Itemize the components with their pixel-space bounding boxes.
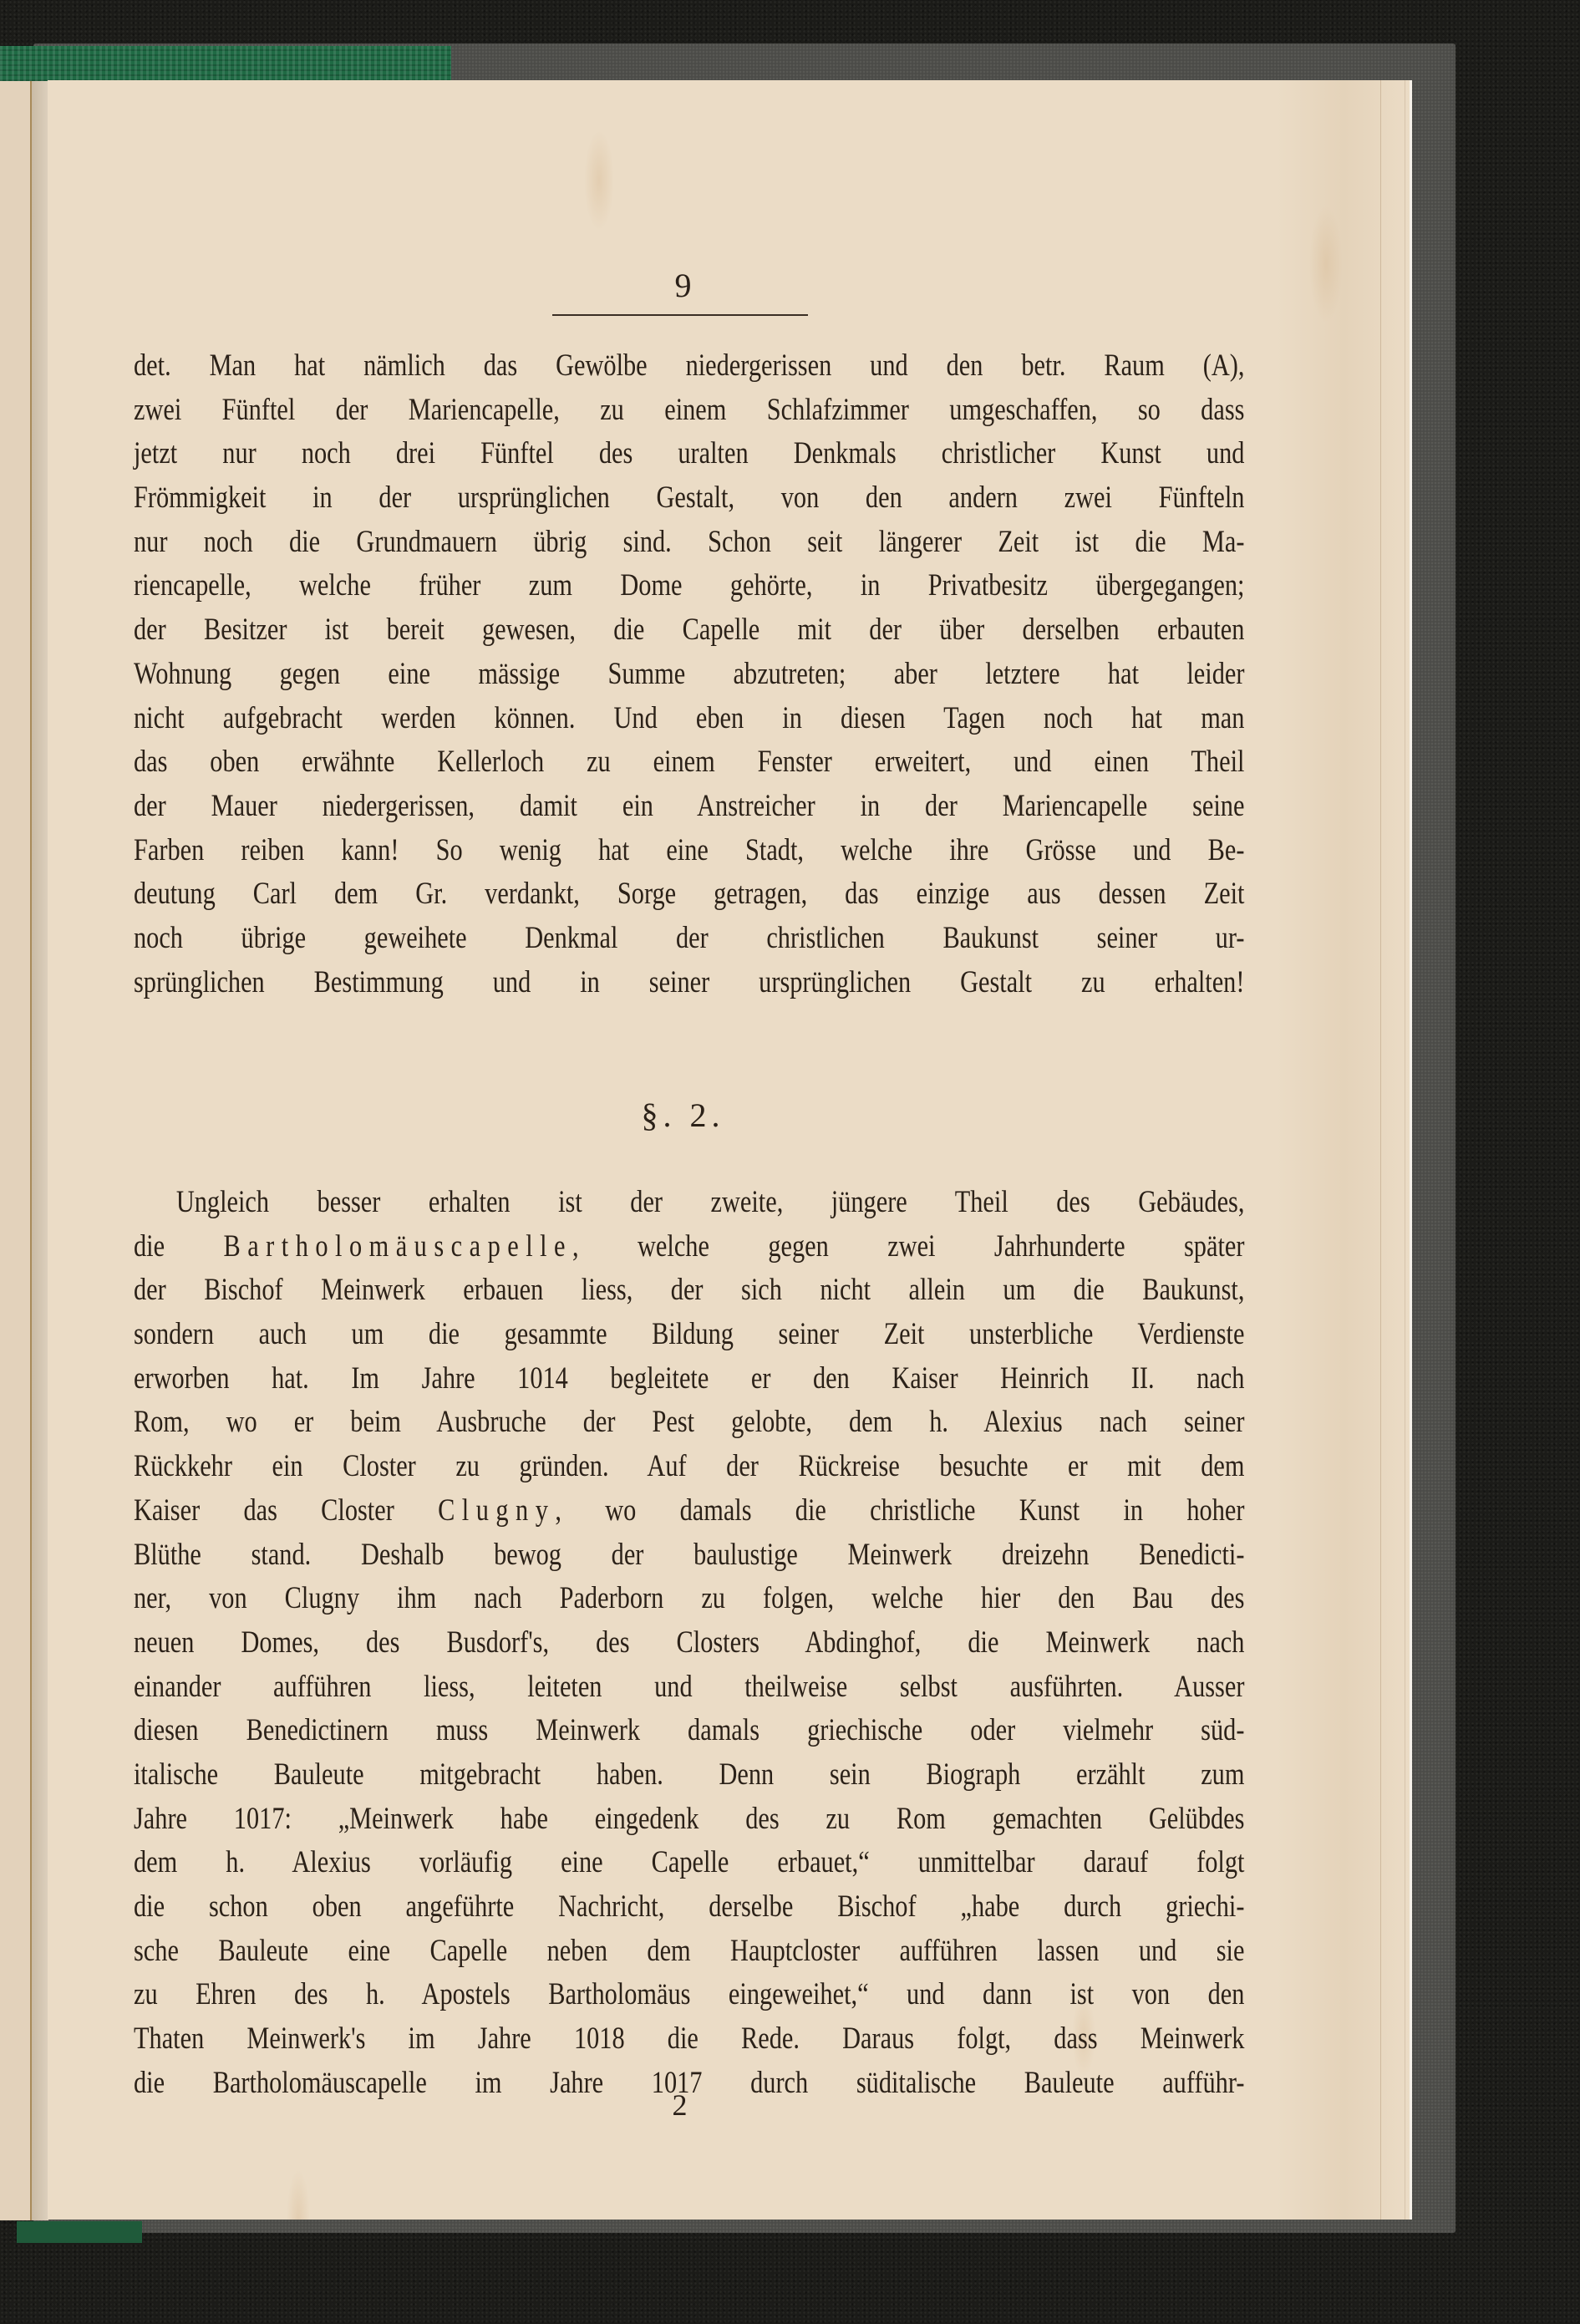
book-page: 9 det. Man hat nämlich das Gewölbe niede… [48, 80, 1412, 2220]
text-line: Jahre 1017: „Meinwerk habe eingedenk des… [134, 1798, 1245, 1842]
header-rule [552, 314, 808, 316]
text-line: ner, von Clugny ihm nach Paderborn zu fo… [134, 1577, 1245, 1621]
text-line: der Bischof Meinwerk erbauen liess, der … [134, 1269, 1245, 1313]
text-line: neuen Domes, des Busdorf's, des Closters… [134, 1621, 1245, 1665]
text-line: die Bartholomäuscapelle, welche gegen zw… [134, 1225, 1245, 1269]
gutter-shadow [32, 81, 48, 2220]
text-line: der Mauer niedergerissen, damit ein Anst… [134, 785, 1245, 829]
text-line: Thaten Meinwerk's im Jahre 1018 die Rede… [134, 2017, 1245, 2062]
text-line: Ungleich besser erhalten ist der zweite,… [134, 1181, 1245, 1225]
text-line: zwei Fünftel der Mariencapelle, zu einem… [134, 389, 1245, 433]
facing-page-edge [0, 81, 32, 2220]
paragraph-2: Ungleich besser erhalten ist der zweite,… [134, 1181, 1245, 2105]
text-line: Frömmigkeit in der ursprünglichen Gestal… [134, 476, 1245, 521]
paragraph-1: det. Man hat nämlich das Gewölbe niederg… [134, 344, 1245, 1004]
emphasized-name: Bartholomäuscapelle [223, 1229, 572, 1264]
text-line: diesen Benedictinern muss Meinwerk damal… [134, 1709, 1245, 1753]
text-line: zu Ehren des h. Apostels Bartholomäus ei… [134, 1973, 1245, 2017]
cloth-spine-top [0, 46, 451, 81]
text-line: sche Bauleute eine Capelle neben dem Hau… [134, 1930, 1245, 1974]
emphasized-name: Clugny [438, 1493, 555, 1528]
text-line: nicht aufgebracht werden können. Und ebe… [134, 697, 1245, 741]
text-line: einander aufführen liess, leiteten und t… [134, 1665, 1245, 1710]
text-line: deutung Carl dem Gr. verdankt, Sorge get… [134, 872, 1245, 917]
text-line: Rückkehr ein Closter zu gründen. Auf der… [134, 1445, 1245, 1489]
text-line: Farben reiben kann! So wenig hat eine St… [134, 829, 1245, 873]
text-line: das oben erwähnte Kellerloch zu einem Fe… [134, 740, 1245, 785]
section-heading: §. 2. [1, 1096, 1365, 1135]
text-line: Blüthe stand. Deshalb bewog der baulusti… [134, 1533, 1245, 1578]
text-line: italische Bauleute mitgebracht haben. De… [134, 1753, 1245, 1798]
page-edge-lines [1380, 80, 1405, 2220]
text-line: dem h. Alexius vorläufig eine Capelle er… [134, 1841, 1245, 1885]
text-line: sondern auch um die gesammte Bildung sei… [134, 1313, 1245, 1357]
text-line: noch übrige geweihete Denkmal der christ… [134, 917, 1245, 961]
text-line: erworben hat. Im Jahre 1014 begleitete e… [134, 1357, 1245, 1401]
text-line: Kaiser das Closter Clugny, wo damals die… [134, 1489, 1245, 1533]
text-line: nur noch die Grundmauern übrig sind. Sch… [134, 521, 1245, 565]
page-number: 9 [1, 266, 1365, 305]
cloth-spine-bottom [17, 2221, 142, 2243]
text-line: det. Man hat nämlich das Gewölbe niederg… [134, 344, 1245, 389]
text-line: sprünglichen Bestimmung und in seiner ur… [134, 961, 1245, 1005]
text-line: jetzt nur noch drei Fünftel des uralten … [134, 432, 1245, 476]
text-line: Wohnung gegen eine mässige Summe abzutre… [134, 653, 1245, 697]
text-line: die schon oben angeführte Nachricht, der… [134, 1885, 1245, 1930]
text-line: Rom, wo er beim Ausbruche der Pest gelob… [134, 1401, 1245, 1445]
text-line: riencapelle, welche früher zum Dome gehö… [134, 564, 1245, 608]
text-line: der Besitzer ist bereit gewesen, die Cap… [134, 608, 1245, 653]
signature-mark: 2 [0, 2088, 1362, 2123]
